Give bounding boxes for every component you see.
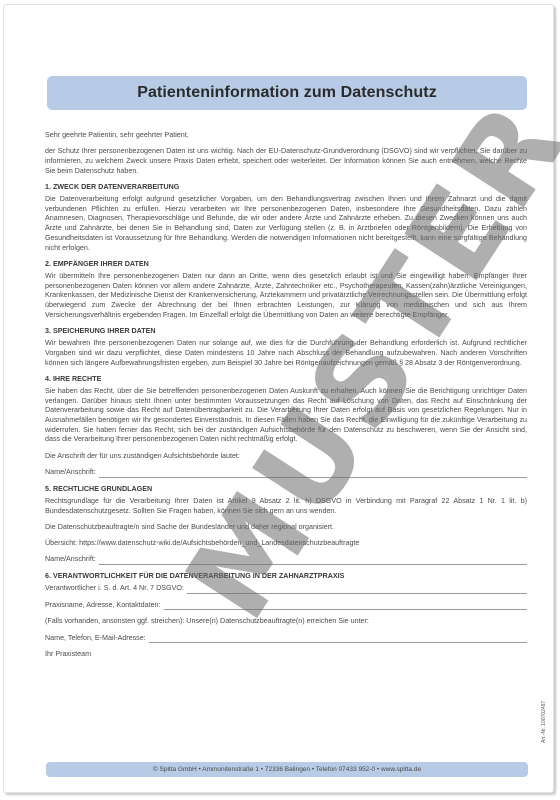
overview-link-text: Übersicht: https://www.datenschutz-wiki.… <box>45 539 527 549</box>
field-label: Praxisname, Adresse, Kontaktdaten: <box>45 601 164 611</box>
fill-in-line[interactable] <box>99 470 527 478</box>
section-legal-basis: 5. RECHTLICHE GRUNDLAGEN Rechtsgrundlage… <box>45 485 527 565</box>
section-rights: 4. IHRE RECHTE Sie haben das Recht, über… <box>45 375 527 478</box>
field-label: Name, Telefon, E-Mail-Adresse: <box>45 634 149 644</box>
data-protection-officer-note: Die Datenschutzbeauftragte/n sind Sache … <box>45 523 527 533</box>
page-title: Patienteninformation zum Datenschutz <box>137 84 437 102</box>
section-heading: 6. VERANTWORTLICHKEIT FÜR DIE DATENVERAR… <box>45 572 527 582</box>
document-body: Sehr geehrte Patientin, sehr geehrter Pa… <box>45 131 527 667</box>
fill-in-line[interactable] <box>149 635 527 643</box>
salutation: Sehr geehrte Patientin, sehr geehrter Pa… <box>45 131 527 141</box>
section-heading: 3. SPEICHERUNG IHRER DATEN <box>45 327 527 337</box>
fill-in-line[interactable] <box>187 586 527 594</box>
signoff: Ihr Praxisteam <box>45 650 527 660</box>
article-number: Art.-Nr. 100702487 <box>541 701 547 743</box>
officer-contact-note: (Falls vorhanden, ansonsten ggf. streich… <box>45 617 527 627</box>
controller-field[interactable]: Verantwortlicher i. S. d. Art. 4 Nr. 7 D… <box>45 584 527 594</box>
fill-in-line[interactable] <box>164 602 527 610</box>
section-text: Rechtsgrundlage für die Verarbeitung Ihr… <box>45 497 527 516</box>
section-heading: 4. IHRE RECHTE <box>45 375 527 385</box>
section-text: Wir bewahren Ihre personenbezogenen Date… <box>45 339 527 368</box>
section-heading: 1. ZWECK DER DATENVERARBEITUNG <box>45 183 527 193</box>
section-text: Wir übermitteln Ihre personenbezogenen D… <box>45 272 527 321</box>
practice-details-field[interactable]: Praxisname, Adresse, Kontaktdaten: <box>45 601 527 611</box>
section-text: Die Datenverarbeitung erfolgt aufgrund g… <box>45 195 527 253</box>
section-recipients: 2. EMPFÄNGER IHRER DATEN Wir übermitteln… <box>45 260 527 321</box>
section-heading: 5. RECHTLICHE GRUNDLAGEN <box>45 485 527 495</box>
officer-contact-field[interactable]: Name, Telefon, E-Mail-Adresse: <box>45 634 527 644</box>
field-label: Verantwortlicher i. S. d. Art. 4 Nr. 7 D… <box>45 584 187 594</box>
section-storage: 3. SPEICHERUNG IHRER DATEN Wir bewahren … <box>45 327 527 368</box>
authority-address-note: Die Anschrift der für uns zuständigen Au… <box>45 452 527 462</box>
publisher-footer: © Spitta GmbH • Ammonitenstraße 1 • 7233… <box>153 766 421 773</box>
section-responsibility: 6. VERANTWORTLICHKEIT FÜR DIE DATENVERAR… <box>45 572 527 644</box>
authority-name-address-field[interactable]: Name/Anschrift: <box>45 468 527 478</box>
section-text: Sie haben das Recht, über die Sie betref… <box>45 387 527 445</box>
title-banner: Patienteninformation zum Datenschutz <box>47 76 527 110</box>
fill-in-line[interactable] <box>99 557 527 565</box>
footer-banner: © Spitta GmbH • Ammonitenstraße 1 • 7233… <box>46 762 528 777</box>
section-purpose: 1. ZWECK DER DATENVERARBEITUNG Die Daten… <box>45 183 527 253</box>
field-label: Name/Anschrift: <box>45 468 99 478</box>
intro-paragraph: der Schutz Ihrer personenbezogenen Daten… <box>45 147 527 176</box>
officer-name-address-field[interactable]: Name/Anschrift: <box>45 555 527 565</box>
document-page: Patienteninformation zum Datenschutz Seh… <box>3 4 554 793</box>
field-label: Name/Anschrift: <box>45 555 99 565</box>
section-heading: 2. EMPFÄNGER IHRER DATEN <box>45 260 527 270</box>
